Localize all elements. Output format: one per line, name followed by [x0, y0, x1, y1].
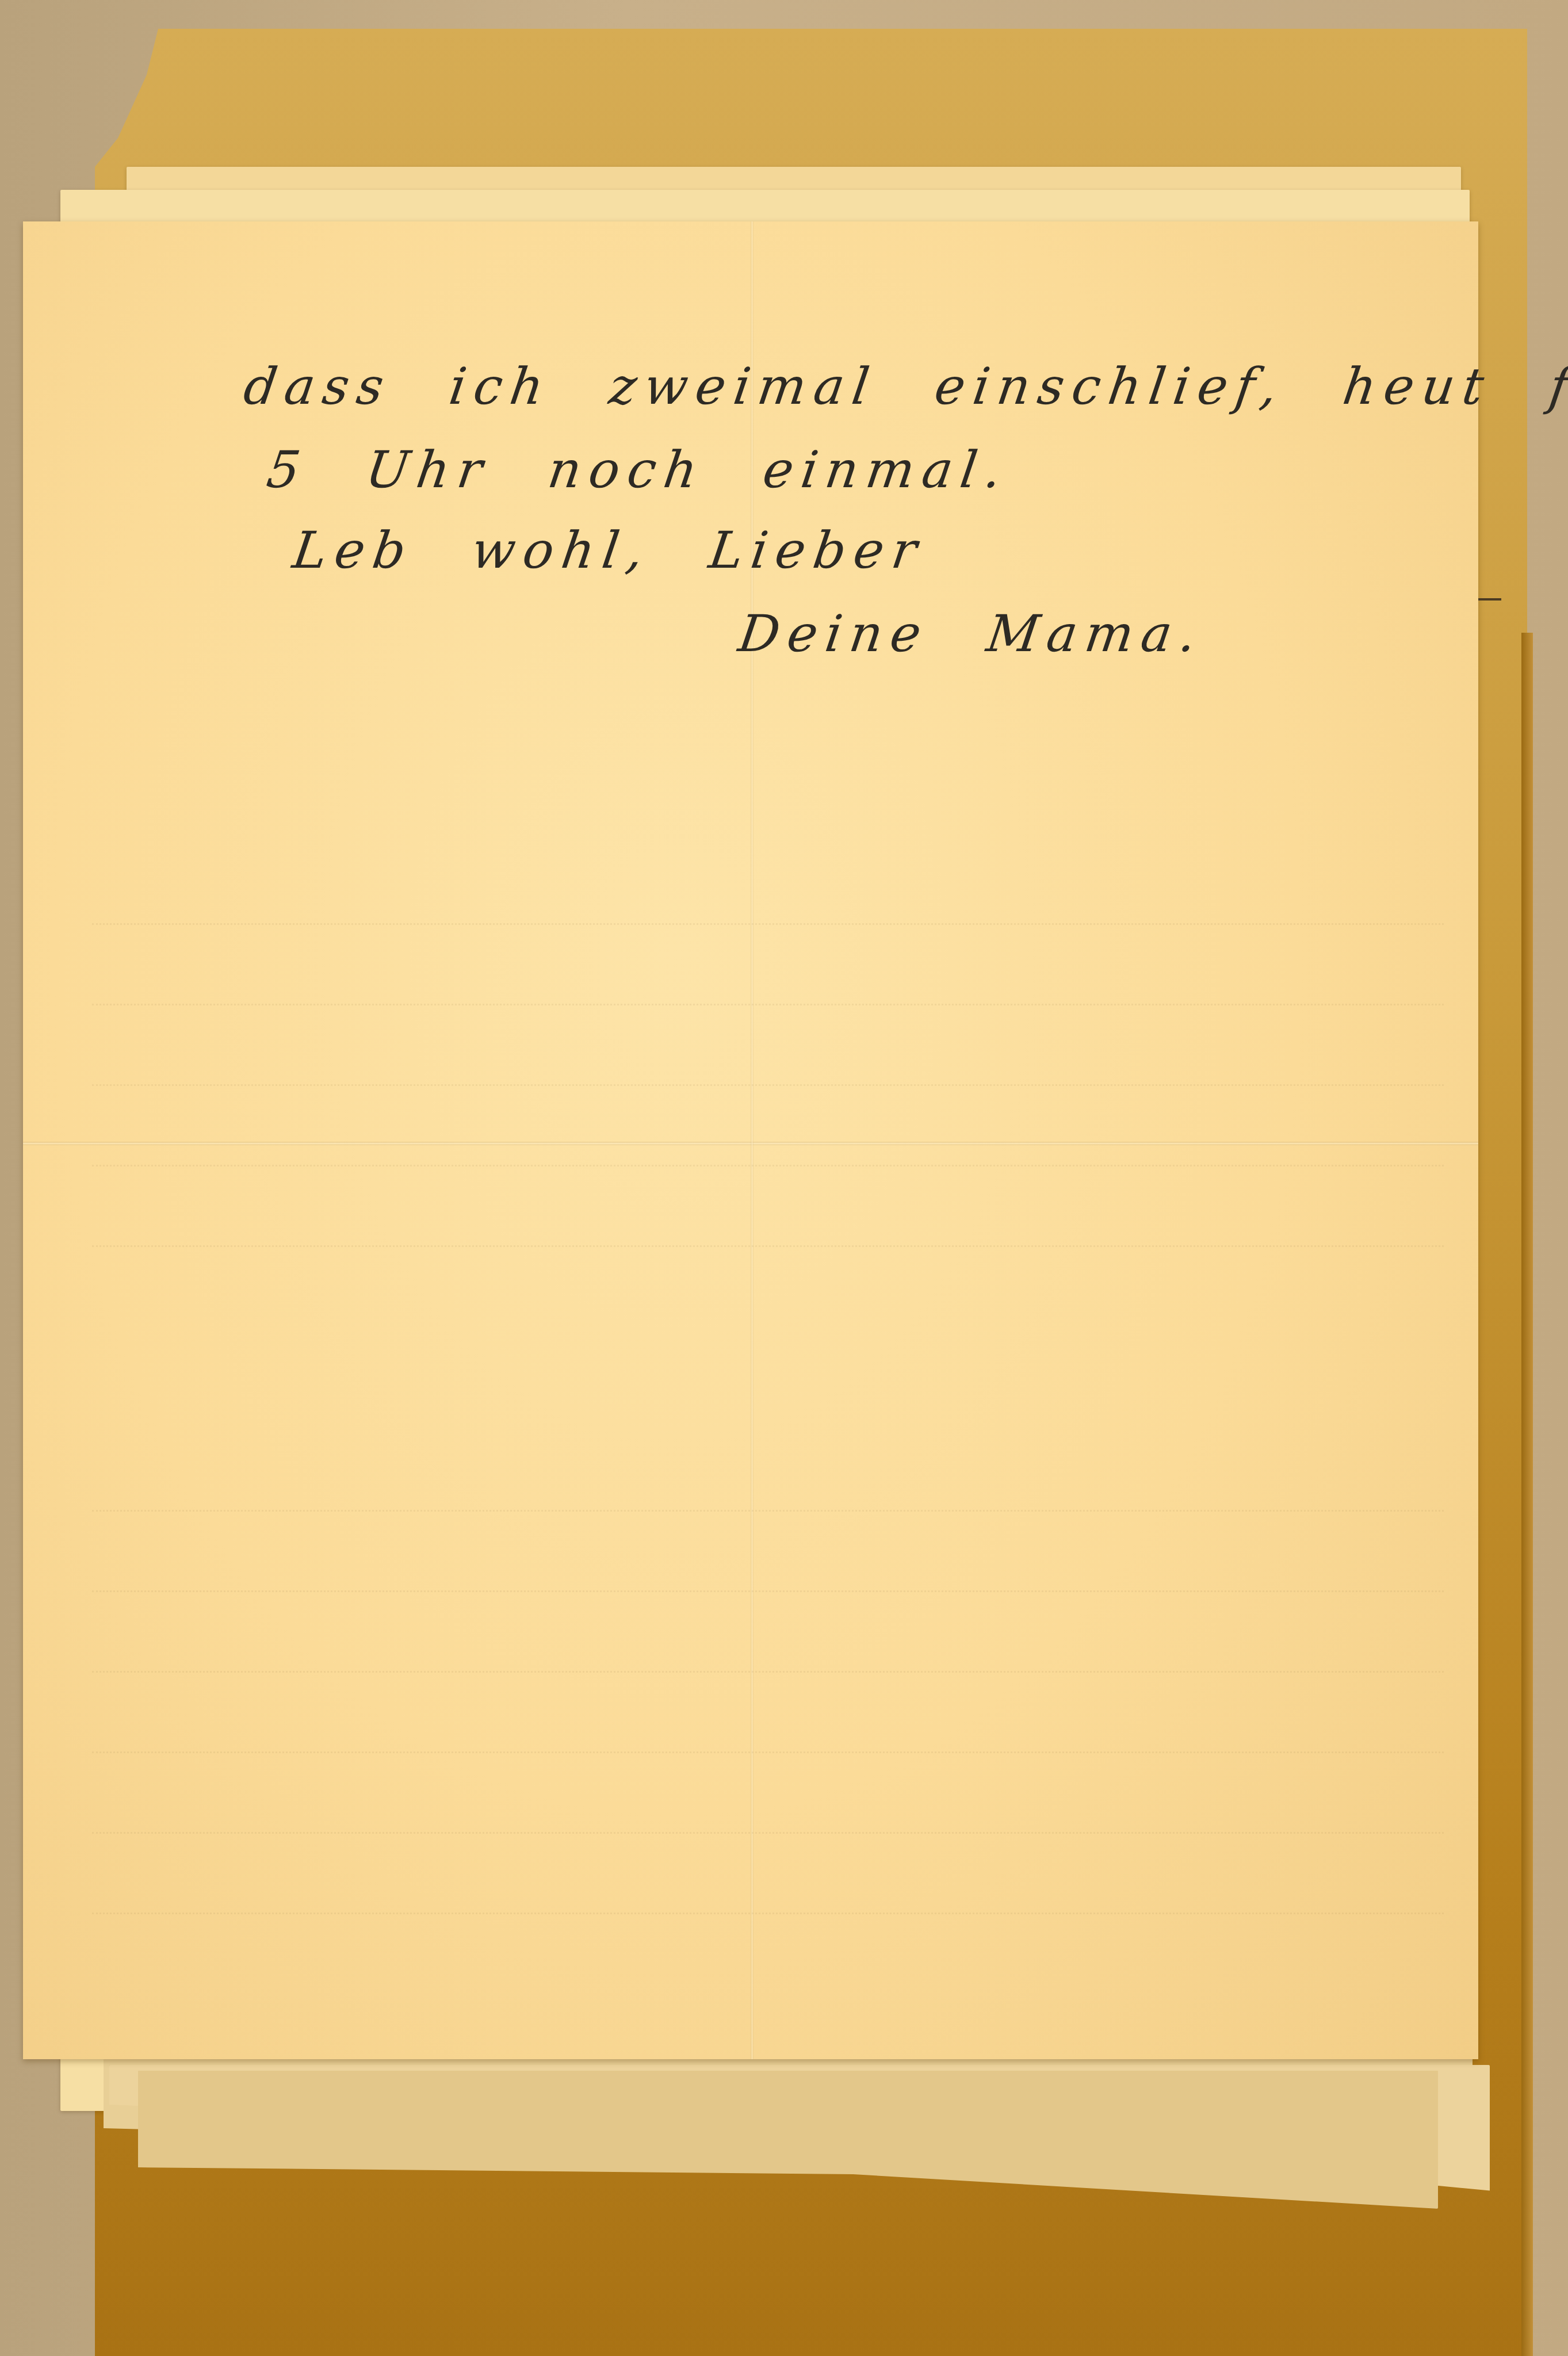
letter-page: dass ich zweimal einschlief, heut früh u…: [23, 221, 1478, 2059]
handwritten-line: 5 Uhr noch einmal.: [263, 440, 1014, 499]
bleed-through-text: [92, 1809, 1444, 1834]
letter-signature: Deine Mama.: [735, 604, 1208, 663]
folder-edge: [1521, 633, 1533, 2356]
letter-closing: Leb wohl, Lieber: [289, 521, 929, 580]
bleed-through-text: [92, 1142, 1444, 1166]
bleed-through-text: [92, 1728, 1444, 1753]
bleed-through-text: [92, 1890, 1444, 1914]
bleed-through-text: [92, 1061, 1444, 1086]
bleed-through-text: [92, 1222, 1444, 1247]
bleed-through-text: [92, 1648, 1444, 1673]
bleed-through-text: [92, 1567, 1444, 1592]
bleed-through-text: [92, 981, 1444, 1005]
bleed-through-text: [92, 1487, 1444, 1512]
edge-marker: [1478, 598, 1501, 601]
bleed-through-text: [92, 900, 1444, 925]
handwritten-line: dass ich zweimal einschlief, heut früh u…: [240, 357, 1568, 416]
